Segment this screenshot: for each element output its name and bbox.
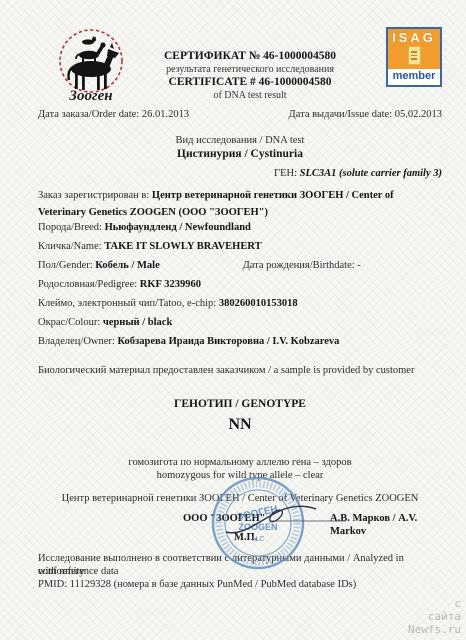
colour-line: Окрас/Colour: черный / black [38,316,442,329]
registered-line: Заказ зарегистрирован в: Центр ветеринар… [38,187,442,221]
isag-emblem-icon [408,46,421,65]
disease-name: Цистинурия / Cystinuria [38,148,442,161]
gene-line: ГЕН: SLC3A1 (solute carrier family 3) [38,167,442,180]
dog-name-label: Кличка/Name: [38,241,104,252]
pedigree-line: Родословная/Pedigree: RKF 3239960 [38,278,442,291]
dates-row: Дата заказа/Order date: 26.01.2013 Дата … [38,109,442,120]
isag-member-badge: ISAG member [386,27,442,87]
genotype-value: NN [38,418,442,431]
isag-badge-word: ISAG [392,30,436,45]
sample-note: Биологический материал предоставлен зака… [38,364,442,377]
gender-pair: Пол/Gender: Кобель / Male [38,259,240,272]
order-date: Дата заказа/Order date: 26.01.2013 [38,109,189,120]
gender-label: Пол/Gender: [38,260,95,271]
tatoo-line: Клеймо, электронный чип/Tatoo, e-chip: 3… [38,297,442,310]
colour-value: черный / black [103,317,172,328]
breed-value: Ньюфаундленд / Newfoundland [105,222,251,233]
birthdate-value: - [357,260,361,271]
dog-name-line: Кличка/Name: TAKE IT SLOWLY BRAVEHERT [38,240,442,253]
isag-badge-field: ISAG [388,29,440,69]
tatoo-label: Клеймо, электронный чип/Tatoo, e-chip: [38,298,219,309]
gene-value: SLC3A1 (solute carrier family 3) [300,168,442,179]
gender-birthdate-line: Пол/Gender: Кобель / Male Дата рождения/… [38,259,442,272]
colour-label: Окрас/Colour: [38,317,103,328]
certificate-subtitle-ru: результата генетического исследования [100,63,400,76]
registered-label: Заказ зарегистрирован в: [38,190,152,201]
signature-squiggle [226,506,316,532]
certificate-title-block: СЕРТИФИКАТ № 46-1000004580 результата ге… [100,50,400,102]
signature-stroke [212,492,372,544]
owner-line: Владелец/Owner: Кобзарева Ираида Викторо… [38,335,442,348]
owner-value: Кобзарева Ираида Викторовна / I.V. Kobza… [117,336,339,347]
gene-label: ГЕН: [274,168,300,179]
watermark-line: с [408,597,461,610]
breed-line: Порода/Breed: Ньюфаундленд / Newfoundlan… [38,221,442,234]
tatoo-value: 380260010153018 [219,298,298,309]
isag-member-label: member [388,69,440,84]
site-watermark: с сайта Newfs.ru [408,597,461,636]
certificate-title-en: CERTIFICATE # 46-1000004580 [100,76,400,89]
issue-date: Дата выдачи/Issue date: 05.02.2013 [289,109,442,120]
cat-silhouette-icon [82,36,96,45]
pedigree-value: RKF 3239960 [140,279,201,290]
test-kind: Вид исследования / DNA test [38,134,442,147]
gender-value: Кобель / Male [95,260,159,271]
dog-name-value: TAKE IT SLOWLY BRAVEHERT [104,241,261,252]
certificate-title-ru: СЕРТИФИКАТ № 46-1000004580 [100,50,400,63]
certificate-subtitle-en: of DNA test result [100,89,400,102]
breed-label: Порода/Breed: [38,222,105,233]
genotype-explanation-ru: гомозигота по нормальному аллелю гена – … [38,456,442,469]
genotype-heading: ГЕНОТИП / GENOTYPE [38,398,442,411]
watermark-line: Newfs.ru [408,623,461,636]
pmid-line: PMID: 11129328 (номера в базе данных Pun… [38,578,442,591]
pedigree-label: Родословная/Pedigree: [38,279,140,290]
birthdate-label: Дата рождения/Birthdate: [243,260,358,271]
owner-label: Владелец/Owner: [38,336,117,347]
watermark-line: сайта [408,610,461,623]
